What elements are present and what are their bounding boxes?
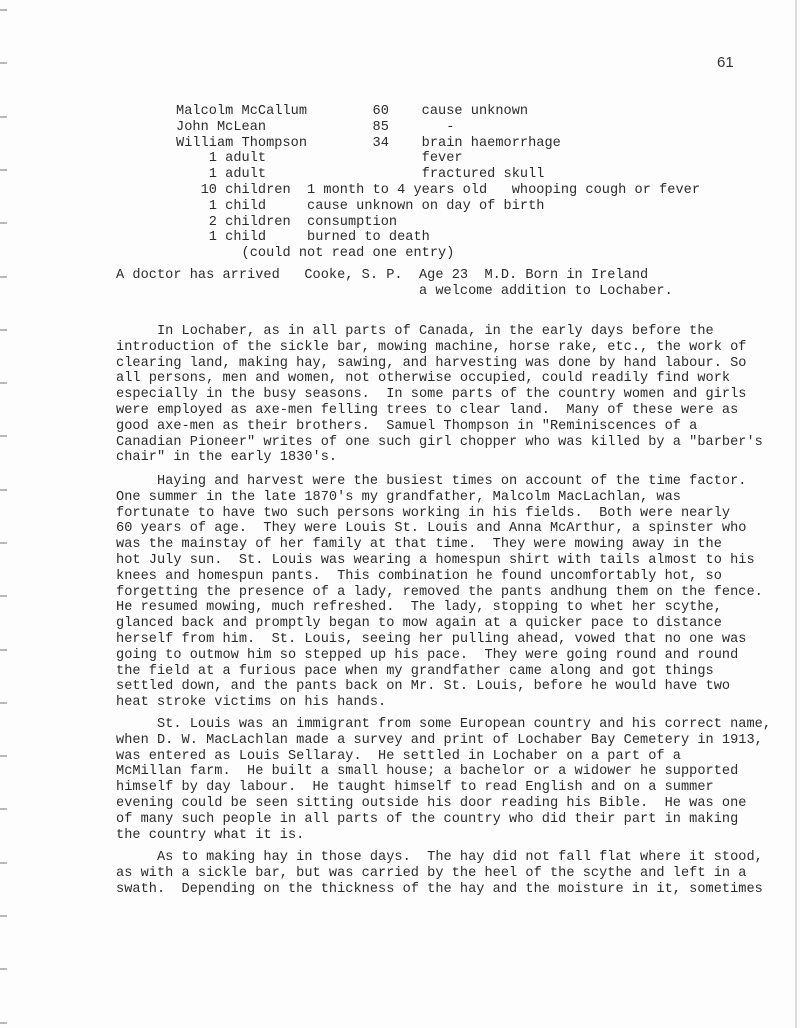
margin-tick [0, 968, 7, 970]
list-row: Malcolm McCallum 60 cause unknown [176, 104, 700, 120]
margin-tick [0, 329, 7, 331]
text-line: knees and homespun pants. This combinati… [116, 569, 763, 585]
list-row: 10 children 1 month to 4 years old whoop… [176, 183, 700, 199]
text-line: chair" in the early 1830's. [116, 450, 763, 466]
margin-tick [0, 222, 7, 224]
text-line: was the mainstay of her family at that t… [116, 537, 763, 553]
margin-tick [0, 9, 7, 11]
margin-tick [0, 755, 7, 757]
paragraph-haying-harvest: Haying and harvest were the busiest time… [116, 474, 763, 711]
burial-list: Malcolm McCallum 60 cause unknownJohn Mc… [176, 104, 700, 262]
text-line: the field at a furious pace when my gran… [116, 664, 763, 680]
text-line: Haying and harvest were the busiest time… [116, 474, 763, 490]
margin-tick [0, 915, 7, 917]
paragraph-st-louis: St. Louis was an immigrant from some Eur… [116, 717, 771, 843]
text-line: McMillan farm. He built a small house; a… [116, 764, 771, 780]
list-row: 1 child cause unknown on day of birth [176, 199, 700, 215]
margin-tick [0, 1022, 7, 1024]
text-line: himself by day labour. He taught himself… [116, 780, 771, 796]
text-line: herself from him. St. Louis, seeing her … [116, 632, 763, 648]
text-line: good axe-men as their brothers. Samuel T… [116, 419, 763, 435]
text-line: settled down, and the pants back on Mr. … [116, 679, 763, 695]
text-line: heat stroke victims on his hands. [116, 695, 763, 711]
text-line: of many such people in all parts of the … [116, 812, 771, 828]
list-row: (could not read one entry) [176, 246, 700, 262]
doctor-note-line: a welcome addition to Lochaber. [116, 284, 673, 300]
text-line: Canadian Pioneer" writes of one such gir… [116, 435, 763, 451]
margin-tick [0, 116, 7, 118]
text-line: One summer in the late 1870's my grandfa… [116, 490, 763, 506]
doctor-note-line: A doctor has arrived Cooke, S. P. Age 23… [116, 268, 673, 284]
paragraph-lochaber-labour: In Lochaber, as in all parts of Canada, … [116, 324, 763, 466]
text-line: forgetting the presence of a lady, remov… [116, 585, 763, 601]
margin-tick [0, 382, 7, 384]
text-line: when D. W. MacLachlan made a survey and … [116, 733, 771, 749]
margin-tick [0, 862, 7, 864]
text-line: evening could be seen sitting outside hi… [116, 796, 771, 812]
paragraph-making-hay: As to making hay in those days. The hay … [116, 850, 763, 897]
text-line: the country what it is. [116, 828, 771, 844]
doctor-note: A doctor has arrived Cooke, S. P. Age 23… [116, 268, 673, 300]
text-line: St. Louis was an immigrant from some Eur… [116, 717, 771, 733]
text-line: He resumed mowing, much refreshed. The l… [116, 600, 763, 616]
text-line: 60 years of age. They were Louis St. Lou… [116, 521, 763, 537]
margin-tick [0, 702, 7, 704]
list-row: 1 child burned to death [176, 230, 700, 246]
margin-tick [0, 276, 7, 278]
text-line: was entered as Louis Sellaray. He settle… [116, 749, 771, 765]
list-row: 2 children consumption [176, 215, 700, 231]
margin-tick [0, 649, 7, 651]
text-line: especially in the busy seasons. In some … [116, 387, 763, 403]
text-line: hot July sun. St. Louis was wearing a ho… [116, 553, 763, 569]
list-row: 1 adult fractured skull [176, 167, 700, 183]
text-line: glanced back and promptly began to mow a… [116, 616, 763, 632]
margin-tick [0, 62, 7, 64]
text-line: As to making hay in those days. The hay … [116, 850, 763, 866]
page-edge-line [795, 0, 797, 1028]
margin-tick [0, 435, 7, 437]
margin-tick [0, 808, 7, 810]
text-line: were employed as axe-men felling trees t… [116, 403, 763, 419]
list-row: John McLean 85 - [176, 120, 700, 136]
text-line: all persons, men and women, not otherwis… [116, 371, 763, 387]
page-number: 61 [717, 54, 734, 71]
margin-tick [0, 489, 7, 491]
text-line: as with a sickle bar, but was carried by… [116, 866, 763, 882]
text-line: swath. Depending on the thickness of the… [116, 882, 763, 898]
margin-tick [0, 542, 7, 544]
text-line: In Lochaber, as in all parts of Canada, … [116, 324, 763, 340]
list-row: William Thompson 34 brain haemorrhage [176, 136, 700, 152]
text-line: introduction of the sickle bar, mowing m… [116, 340, 763, 356]
margin-tick [0, 169, 7, 171]
list-row: 1 adult fever [176, 151, 700, 167]
text-line: fortunate to have two such persons worki… [116, 506, 763, 522]
text-line: clearing land, making hay, sawing, and h… [116, 356, 763, 372]
margin-tick [0, 595, 7, 597]
text-line: going to outmow him so stepped up his pa… [116, 648, 763, 664]
